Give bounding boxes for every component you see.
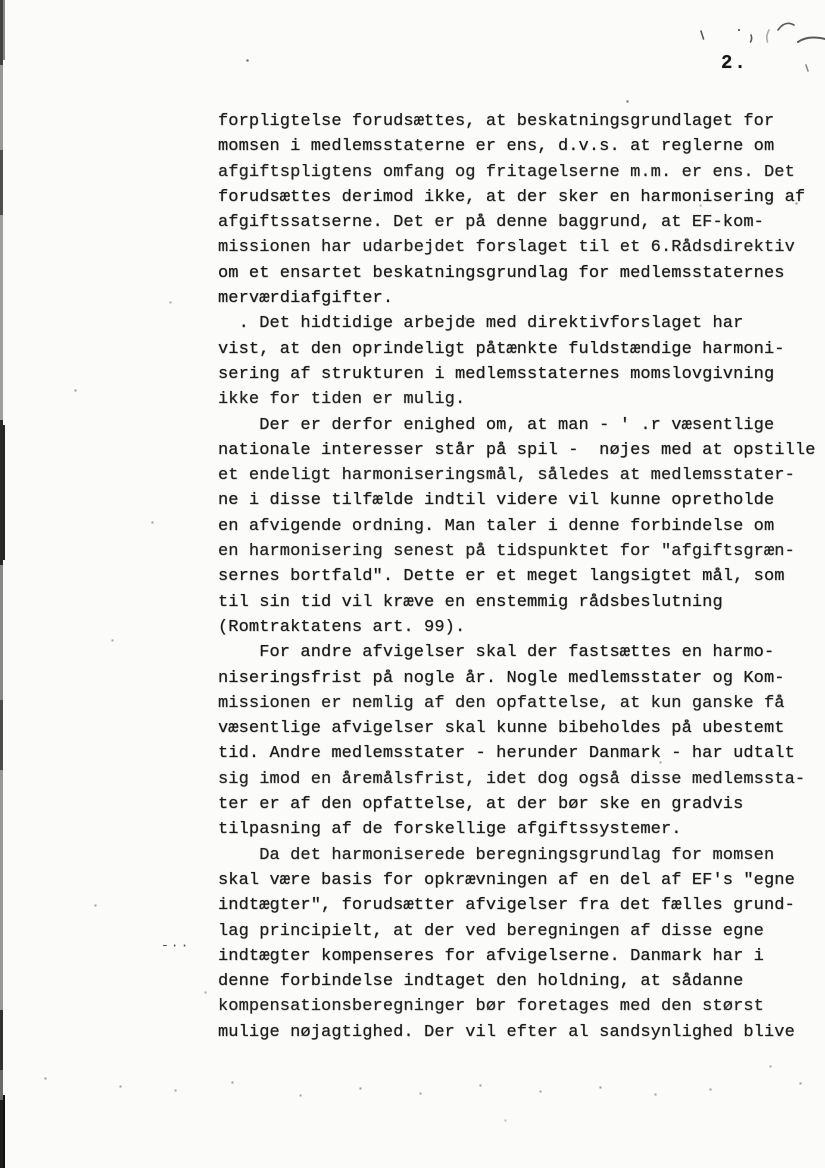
text-line: Da det harmoniserede beregningsgrundlag …	[218, 843, 816, 868]
text-line: ter er af den opfattelse, at der bør ske…	[218, 792, 816, 817]
text-line: tilpasning af de forskellige afgiftssyst…	[218, 817, 816, 842]
text-line: forpligtelse forudsættes, at beskatnings…	[218, 109, 816, 134]
text-line: niseringsfrist på nogle år. Nogle medlem…	[218, 666, 816, 691]
text-line: mulige nøjagtighed. Der vil efter al san…	[218, 1020, 816, 1045]
scan-edge-artifact-inner	[3, 0, 5, 1168]
text-line: lag principielt, at der ved beregningen …	[218, 919, 816, 944]
text-line: en harmonisering senest på tidspunktet f…	[218, 539, 816, 564]
text-line: indtægter kompenseres for afvigelserne. …	[218, 944, 816, 969]
text-line: væsentlige afvigelser skal kunne bibehol…	[218, 716, 816, 741]
text-line: (Romtraktatens art. 99).	[218, 615, 816, 640]
text-line: indtægter", forudsætter afvigelser fra d…	[218, 893, 816, 918]
text-line: ikke for tiden er mulig.	[218, 387, 816, 412]
text-line: momsen i medlemsstaterne er ens, d.v.s. …	[218, 134, 816, 159]
scanned-page: 2. forpligtelse forudsættes, at beskatni…	[0, 0, 825, 1168]
text-line: sering af strukturen i medlemsstaternes …	[218, 362, 816, 387]
text-line: For andre afvigelser skal der fastsættes…	[218, 640, 816, 665]
text-line: missionen har udarbejdet forslaget til e…	[218, 235, 816, 260]
text-line: tid. Andre medlemsstater - herunder Danm…	[218, 741, 816, 766]
text-line: afgiftssatserne. Det er på denne baggrun…	[218, 210, 816, 235]
text-line: merværdiafgifter.	[218, 286, 816, 311]
text-line: vist, at den oprindeligt påtænkte fuldst…	[218, 337, 816, 362]
text-line: missionen er nemlig af den opfattelse, a…	[218, 691, 816, 716]
speckle-noise	[0, 0, 1, 1]
text-line: skal være basis for opkrævningen af en d…	[218, 868, 816, 893]
text-line: sig imod en åremålsfrist, idet dog også …	[218, 767, 816, 792]
document-body: forpligtelse forudsættes, at beskatnings…	[218, 109, 816, 1045]
page-number: 2.	[721, 52, 748, 74]
text-line: om et ensartet beskatningsgrundlag for m…	[218, 261, 816, 286]
text-line: en afvigende ordning. Man taler i denne …	[218, 514, 816, 539]
text-line: et endeligt harmoniseringsmål, således a…	[218, 463, 816, 488]
text-line: . Det hidtidige arbejde med direktivfors…	[218, 311, 816, 336]
margin-mark: -··	[161, 938, 190, 953]
text-line: afgiftspligtens omfang og fritagelserne …	[218, 160, 816, 185]
text-line: til sin tid vil kræve en enstemmig rådsb…	[218, 590, 816, 615]
text-line: Der er derfor enighed om, at man - ' .r …	[218, 413, 816, 438]
text-line: kompensationsberegninger bør foretages m…	[218, 994, 816, 1019]
text-line: denne forbindelse indtaget den holdning,…	[218, 969, 816, 994]
text-line: forudsættes derimod ikke, at der sker en…	[218, 185, 816, 210]
text-line: nationale interesser står på spil - nøje…	[218, 438, 816, 463]
text-line: ne i disse tilfælde indtil videre vil ku…	[218, 488, 816, 513]
text-line: sernes bortfald". Dette er et meget lang…	[218, 564, 816, 589]
